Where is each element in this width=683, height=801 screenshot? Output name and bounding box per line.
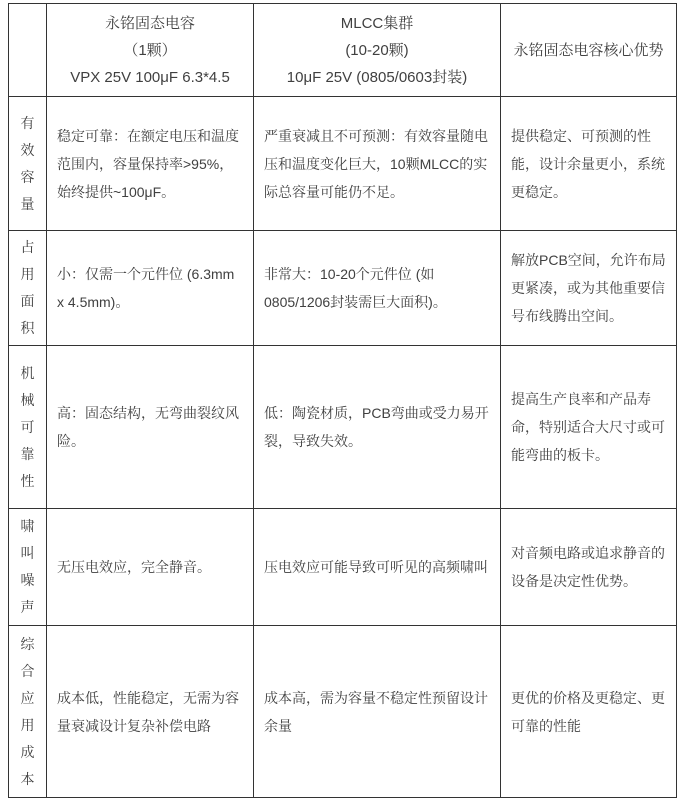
header-mlcc-cell: MLCC集群 (10-20颗) 10μF 25V (0805/0603封装) bbox=[254, 4, 501, 97]
header-advantage-cell: 永铭固态电容核心优势 bbox=[501, 4, 677, 97]
row-label-cell: 机械可靠性 bbox=[9, 346, 47, 509]
advantage-value-cell: 解放PCB空间，允许布局更紧凑，或为其他重要信号布线腾出空间。 bbox=[501, 231, 677, 346]
product-name: 永铭固态电容 bbox=[51, 10, 249, 37]
table-row-footprint: 占用面积 小：仅需一个元件位 (6.3mm x 4.5mm)。 非常大：10-2… bbox=[9, 231, 677, 346]
row-label: 啸叫噪声 bbox=[20, 513, 36, 621]
product-value-cell: 无压电效应，完全静音。 bbox=[47, 509, 254, 626]
mlcc-value-cell: 成本高，需为容量不稳定性预留设计余量 bbox=[254, 626, 501, 798]
row-label-cell: 占用面积 bbox=[9, 231, 47, 346]
table-row-acoustic-noise: 啸叫噪声 无压电效应，完全静音。 压电效应可能导致可听见的高频啸叫 对音频电路或… bbox=[9, 509, 677, 626]
capacitor-comparison-table: 永铭固态电容 （1颗） VPX 25V 100μF 6.3*4.5 MLCC集群… bbox=[8, 3, 677, 798]
row-label-cell: 综合应用成本 bbox=[9, 626, 47, 798]
product-value-cell: 高：固态结构，无弯曲裂纹风险。 bbox=[47, 346, 254, 509]
advantage-value-cell: 提高生产良率和产品寿命，特别适合大尺寸或可能弯曲的板卡。 bbox=[501, 346, 677, 509]
product-count: （1颗） bbox=[51, 37, 249, 64]
product-spec: VPX 25V 100μF 6.3*4.5 bbox=[51, 64, 249, 91]
mlcc-value-cell: 压电效应可能导致可听见的高频啸叫 bbox=[254, 509, 501, 626]
corner-cell bbox=[9, 4, 47, 97]
advantage-value-cell: 提供稳定、可预测的性能，设计余量更小，系统更稳定。 bbox=[501, 97, 677, 231]
mlcc-value-cell: 低：陶瓷材质，PCB弯曲或受力易开裂，导致失效。 bbox=[254, 346, 501, 509]
row-label: 综合应用成本 bbox=[20, 631, 36, 793]
mlcc-spec: 10μF 25V (0805/0603封装) bbox=[258, 64, 496, 91]
row-label: 占用面积 bbox=[20, 234, 36, 342]
table-row-application-cost: 综合应用成本 成本低，性能稳定，无需为容量衰减设计复杂补偿电路 成本高，需为容量… bbox=[9, 626, 677, 798]
row-label: 机械可靠性 bbox=[20, 360, 36, 495]
mlcc-value-cell: 非常大：10-20个元件位 (如0805/1206封装需巨大面积)。 bbox=[254, 231, 501, 346]
table-row-mechanical-reliability: 机械可靠性 高：固态结构，无弯曲裂纹风险。 低：陶瓷材质，PCB弯曲或受力易开裂… bbox=[9, 346, 677, 509]
comparison-page: 永铭固态电容 （1颗） VPX 25V 100μF 6.3*4.5 MLCC集群… bbox=[0, 0, 683, 801]
header-row: 永铭固态电容 （1颗） VPX 25V 100μF 6.3*4.5 MLCC集群… bbox=[9, 4, 677, 97]
mlcc-value-cell: 严重衰减且不可预测：有效容量随电压和温度变化巨大，10颗MLCC的实际总容量可能… bbox=[254, 97, 501, 231]
product-value-cell: 小：仅需一个元件位 (6.3mm x 4.5mm)。 bbox=[47, 231, 254, 346]
table-row-effective-capacity: 有效容量 稳定可靠：在额定电压和温度范围内，容量保持率>95%，始终提供~100… bbox=[9, 97, 677, 231]
header-product-cell: 永铭固态电容 （1颗） VPX 25V 100μF 6.3*4.5 bbox=[47, 4, 254, 97]
advantage-value-cell: 更优的价格及更稳定、更可靠的性能 bbox=[501, 626, 677, 798]
advantage-value-cell: 对音频电路或追求静音的设备是决定性优势。 bbox=[501, 509, 677, 626]
row-label: 有效容量 bbox=[20, 110, 36, 218]
row-label-cell: 有效容量 bbox=[9, 97, 47, 231]
row-label-cell: 啸叫噪声 bbox=[9, 509, 47, 626]
product-value-cell: 成本低，性能稳定，无需为容量衰减设计复杂补偿电路 bbox=[47, 626, 254, 798]
mlcc-count: (10-20颗) bbox=[258, 37, 496, 64]
product-value-cell: 稳定可靠：在额定电压和温度范围内，容量保持率>95%，始终提供~100μF。 bbox=[47, 97, 254, 231]
mlcc-name: MLCC集群 bbox=[258, 10, 496, 37]
